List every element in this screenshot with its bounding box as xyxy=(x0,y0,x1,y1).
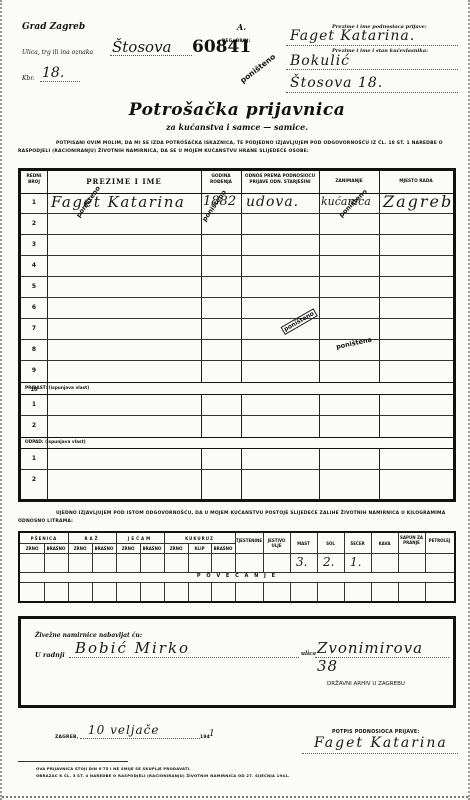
col-divider xyxy=(379,448,380,499)
price-note: Ova prijavnica stoji Din 0'75 i ne smije… xyxy=(36,766,191,771)
signature-field[interactable]: Faget Katarina xyxy=(302,736,458,754)
stock-divider xyxy=(290,582,291,601)
row-divider xyxy=(21,213,453,214)
row-divider xyxy=(21,276,453,277)
stock-divider xyxy=(44,543,45,572)
stock-divider xyxy=(211,543,212,572)
reg-no-label: Reg. BROJ: xyxy=(222,39,250,44)
stock-sub-header: Brašno xyxy=(140,546,164,551)
stock-value-lard[interactable]: 3. xyxy=(296,555,307,569)
shop-label: U radnji xyxy=(35,651,65,659)
increase-row-number: 2 xyxy=(21,422,47,429)
row-number: 8 xyxy=(21,346,47,353)
stock-divider xyxy=(235,582,236,601)
stock-group-header: Pšenica xyxy=(20,536,68,541)
row-number: 3 xyxy=(21,241,47,248)
stock-divider xyxy=(344,533,345,572)
stock-divider xyxy=(68,533,69,572)
stock-header-lard: Mast xyxy=(290,541,317,546)
supply-label: Živežne namirnice nabavljat ću: xyxy=(35,632,142,639)
stock-value-sugar[interactable]: 1. xyxy=(350,555,361,569)
landlord-address-field[interactable]: Štosova 18. xyxy=(286,76,458,93)
row-divider xyxy=(21,382,453,383)
applicant-field[interactable]: Faget Katarina. xyxy=(286,30,458,46)
col-divider xyxy=(241,448,242,499)
landlord-name-field[interactable]: Bokulić xyxy=(286,54,458,70)
form-letter: A. xyxy=(237,22,246,32)
year-suffix[interactable]: 1 xyxy=(209,729,215,739)
stock-divider xyxy=(116,533,117,572)
stock-divider xyxy=(425,582,426,601)
stock-divider xyxy=(263,582,264,601)
stock-divider xyxy=(92,582,93,601)
landlord-name-value: Bokulić xyxy=(290,53,350,69)
row-number: 1 xyxy=(21,199,47,206)
row-divider xyxy=(21,448,453,449)
col-header-occupation: Zanimanje xyxy=(319,179,379,185)
stock-sub-header: Zrno xyxy=(164,546,188,551)
cancelled-stamp: poništena xyxy=(335,336,372,351)
signature-value: Faget Katarina xyxy=(314,735,448,751)
place-label: ZAGREB, xyxy=(55,735,79,740)
date-field[interactable]: 10 veljače xyxy=(80,724,200,739)
supply-street-field[interactable]: Zvonimirova 38 xyxy=(315,639,449,658)
stock-divider xyxy=(398,533,399,572)
decrease-row-number: 2 xyxy=(21,476,47,483)
col-divider xyxy=(379,394,380,437)
stock-group-header: Kukuruz xyxy=(164,536,235,541)
person-workplace[interactable]: Zagreb xyxy=(383,192,453,211)
col-divider xyxy=(319,448,320,499)
legal-note: Obrazac k čl. 3 st. 4 naredbe o raspodje… xyxy=(36,773,290,778)
stock-table: Pšenica Raž Ječam Kukuruz Zrno Brašno Zr… xyxy=(18,531,456,603)
col-divider xyxy=(201,448,202,499)
stock-divider xyxy=(398,582,399,601)
stock-sub-header: Zrno xyxy=(20,546,44,551)
stock-declaration: Ujedno izjavljujem pod istom odgovornošć… xyxy=(18,510,458,526)
applicant-value: Faget Katarina. xyxy=(290,28,415,44)
stock-sub-header: Brašno xyxy=(211,546,235,551)
street-field[interactable]: Štosova xyxy=(110,40,192,56)
stock-header-pasta: Tjestenine xyxy=(235,538,263,543)
stock-divider xyxy=(68,582,69,601)
stock-divider xyxy=(92,543,93,572)
stock-divider xyxy=(20,582,454,583)
stock-increase-label: P O V E Ć A N J E xyxy=(20,574,454,579)
stock-header-soap: Sapun za pranje xyxy=(398,535,425,545)
person-name[interactable]: Faget Katarina xyxy=(51,193,185,211)
stock-divider xyxy=(371,533,372,572)
col-divider xyxy=(241,171,242,383)
house-no-value: 18. xyxy=(42,65,64,81)
row-divider xyxy=(21,360,453,361)
increase-row-number: 1 xyxy=(21,401,47,408)
row-number: 6 xyxy=(21,304,47,311)
col-divider xyxy=(47,171,48,499)
col-divider xyxy=(201,394,202,437)
stock-divider xyxy=(211,582,212,601)
stock-divider xyxy=(371,582,372,601)
landlord-address-value: Štosova 18. xyxy=(290,75,383,91)
stock-divider xyxy=(263,533,264,572)
col-divider xyxy=(379,171,380,383)
stock-divider xyxy=(344,582,345,601)
archive-stamp: DRŽAVNI ARHIV U ZAGREBU xyxy=(327,681,405,687)
cancelled-stamp: poništeno xyxy=(281,308,318,335)
col-divider xyxy=(201,171,202,383)
stock-header-oil: Jestivo ulje xyxy=(263,538,290,548)
form-title: Potrošačka prijavnica xyxy=(2,100,470,120)
stock-sub-header: Brašno xyxy=(44,546,68,551)
col-header-birth: Godina rođenja xyxy=(201,174,241,185)
stock-divider xyxy=(44,582,45,601)
stock-header-coffee: Kava xyxy=(371,541,398,546)
supply-box: Živežne namirnice nabavljat ću: U radnji… xyxy=(18,616,456,708)
stock-sub-header: Brašno xyxy=(92,546,116,551)
ration-application-form: Grad Zagreb A. Ulica, trg ili ina oznaka… xyxy=(0,0,470,800)
stock-divider xyxy=(188,543,189,572)
col-divider xyxy=(241,394,242,437)
shop-value: Bobić Mirko xyxy=(75,639,190,657)
stock-sub-header: Zrno xyxy=(116,546,140,551)
stock-divider xyxy=(164,582,165,601)
stock-sub-header: Zrno xyxy=(68,546,92,551)
stock-sub-header: Klip xyxy=(188,546,211,551)
stock-divider xyxy=(20,543,235,544)
col-divider xyxy=(319,171,320,383)
person-relation[interactable]: udova. xyxy=(246,194,299,210)
col-header-relation: Odnos prema podnosiocu prijave odn. star… xyxy=(241,174,319,185)
house-no-field[interactable]: 18. xyxy=(40,66,80,82)
stock-header-salt: Sol xyxy=(317,541,344,546)
row-divider xyxy=(21,415,453,416)
row-divider xyxy=(21,339,453,340)
street-label: Ulica, trg ili ina oznaka xyxy=(22,49,93,56)
shop-field[interactable]: Bobić Mirko xyxy=(69,641,299,658)
col-header-no: Redni broj xyxy=(21,174,47,185)
row-divider xyxy=(21,297,453,298)
city-name: Grad Zagreb xyxy=(22,22,85,32)
stock-divider xyxy=(425,533,426,572)
footer-rule xyxy=(18,761,128,762)
stock-group-header: Ječam xyxy=(116,536,164,541)
row-divider xyxy=(21,318,453,319)
row-number: 4 xyxy=(21,262,47,269)
page-edge xyxy=(2,796,470,798)
stock-group-header: Raž xyxy=(68,536,116,541)
household-table: Redni broj Prezime i ime Godina rođenja … xyxy=(18,168,456,502)
supply-street-value: Zvonimirova 38 xyxy=(317,639,449,675)
stock-divider xyxy=(188,582,189,601)
street-value: Štosova xyxy=(112,38,171,56)
stock-value-salt[interactable]: 2. xyxy=(323,555,334,569)
row-divider xyxy=(21,234,453,235)
stock-divider xyxy=(164,533,165,572)
stock-divider xyxy=(140,543,141,572)
stock-header-sugar: Šećer xyxy=(344,541,371,546)
row-number: 5 xyxy=(21,283,47,290)
stock-divider xyxy=(235,533,236,572)
declaration-text: Potpisani ovim molim, da mi se izda potr… xyxy=(18,140,458,156)
form-subtitle: za kućanstva i samce — samice. xyxy=(2,122,470,132)
stock-divider xyxy=(20,553,454,554)
row-divider xyxy=(21,255,453,256)
stock-divider xyxy=(290,533,291,572)
decrease-row-number: 1 xyxy=(21,455,47,462)
stock-divider xyxy=(317,582,318,601)
row-divider xyxy=(21,437,453,438)
supply-street-label: ulica xyxy=(301,651,316,657)
row-number: 2 xyxy=(21,220,47,227)
stock-header-petroleum: Petrolej xyxy=(425,538,454,543)
col-header-workplace: Mjesto rada xyxy=(379,179,453,185)
row-number: 7 xyxy=(21,325,47,332)
stock-divider xyxy=(116,582,117,601)
stock-divider xyxy=(317,533,318,572)
stock-divider xyxy=(140,582,141,601)
house-no-label: Kbr. xyxy=(22,75,34,82)
row-number: 9 xyxy=(21,367,47,374)
row-divider xyxy=(21,394,453,395)
row-divider xyxy=(21,469,453,470)
date-value: 10 veljače xyxy=(88,723,160,737)
increase-label: PRIRAST: (ispunjava vlast) xyxy=(25,386,89,391)
col-divider xyxy=(319,394,320,437)
decrease-label: ODPAD: (ispunjava vlast) xyxy=(25,440,86,445)
col-header-name: Prezime i ime xyxy=(47,179,201,185)
